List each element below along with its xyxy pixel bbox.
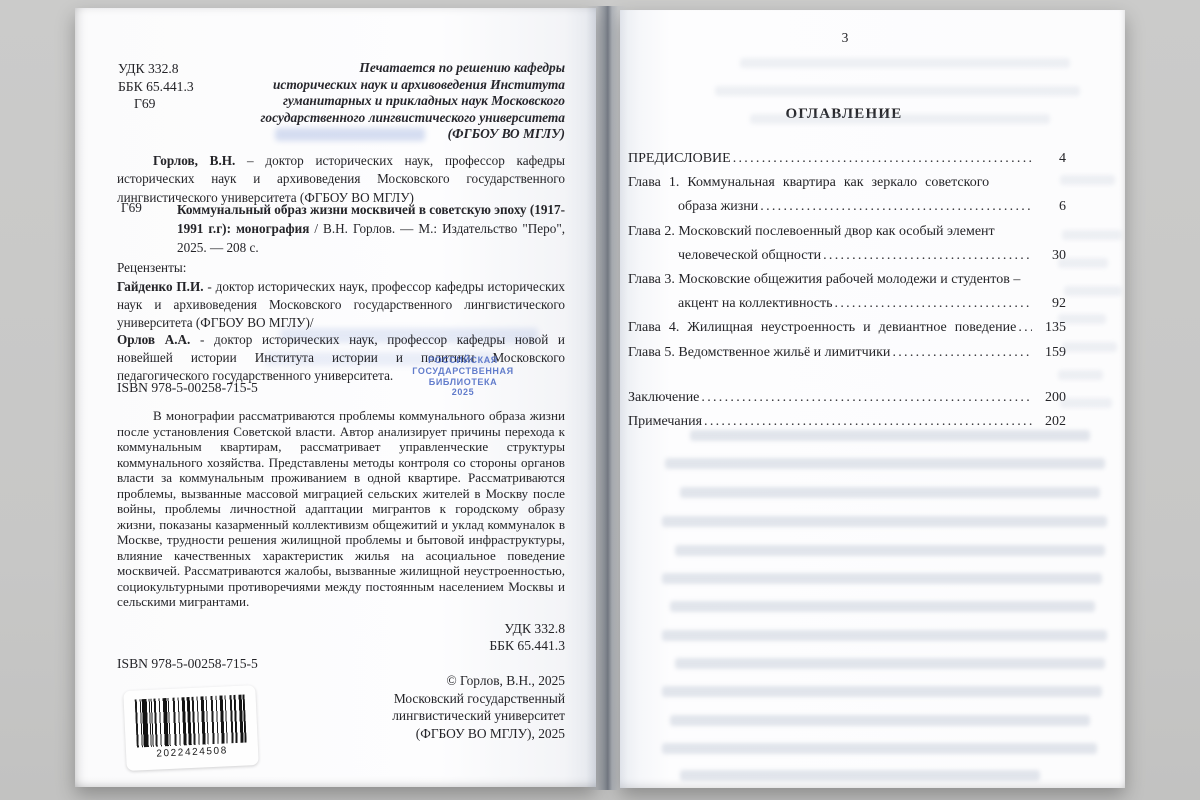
toc-page-number: 202 <box>1032 410 1066 434</box>
toc-entry-label: Глава 3. Московские общежития рабочей мо… <box>628 268 1020 292</box>
text-line: ББК 65.441.3 <box>489 638 565 653</box>
toc-page-number: 4 <box>1032 147 1066 171</box>
bleedthrough-ghost <box>1062 342 1117 352</box>
toc-dot-leader: ........................................… <box>731 147 1032 171</box>
toc-entry-label: акцент на коллективность <box>678 292 833 316</box>
bleedthrough-ghost <box>1060 398 1112 408</box>
text-line: (ФГБОУ ВО МГЛУ), 2025 <box>416 726 565 741</box>
toc-row: Примечания..............................… <box>628 410 1066 434</box>
library-barcode-sticker: 2022424508 <box>123 685 258 771</box>
text-line: УДК 332.8 <box>504 621 565 636</box>
toc-dot-leader: ........................................… <box>833 292 1032 316</box>
toc-entry-label: Примечания <box>628 410 702 434</box>
text-line: (ФГБОУ ВО МГЛУ) <box>448 126 565 141</box>
bleedthrough-ghost <box>662 743 1097 754</box>
book-scan: УДК 332.8ББК 65.441.3Г69 Печатается по р… <box>0 0 1200 800</box>
toc-entry-label: человеческой общности <box>678 244 821 268</box>
toc-row: Глава 1. Коммунальная квартира как зерка… <box>628 171 1066 195</box>
toc-page-number: 6 <box>1032 195 1066 219</box>
toc-page-number: 200 <box>1032 386 1066 410</box>
publication-resolution-note: Печатается по решению кафедрыисторически… <box>205 60 565 143</box>
bleedthrough-ghost <box>662 630 1107 641</box>
bib-classification-code: Г69 <box>121 200 142 216</box>
toc-dot-leader: ........................................… <box>758 195 1032 219</box>
toc-entry-label: Глава 5. Ведомственное жильё и лимитчики <box>628 341 890 365</box>
text-line: УДК 332.8 <box>118 61 179 76</box>
reviewer-1: Гайденко П.И. - доктор исторических наук… <box>117 278 565 333</box>
toc-dot-leader: ........................................… <box>702 410 1032 434</box>
toc-page-number: 135 <box>1032 316 1066 340</box>
bold-text: Орлов А.А. <box>117 332 190 347</box>
bleedthrough-ghost <box>670 715 1090 726</box>
bleedthrough-ghost <box>740 58 1070 68</box>
text-line: БИБЛИОТЕКА <box>429 377 497 387</box>
toc-dot-leader: ........................................… <box>890 341 1032 365</box>
isbn-bottom: ISBN 978-5-00258-715-5 <box>117 656 258 672</box>
text-line: ББК 65.441.3 <box>118 79 194 94</box>
toc-row: Глава 2. Московский послевоенный двор ка… <box>628 220 1066 244</box>
text-line: РОССИЙСКАЯ <box>428 355 498 365</box>
bleedthrough-ghost <box>1064 286 1122 296</box>
text-line: ГОСУДАРСТВЕННАЯ <box>412 366 513 376</box>
bleedthrough-ghost <box>675 545 1105 556</box>
text-line: 2025 <box>452 387 474 397</box>
toc-dot-leader: ........................................… <box>821 244 1032 268</box>
reviewers-label: Рецензенты: <box>117 260 186 276</box>
toc-heading: ОГЛАВЛЕНИЕ <box>628 106 1060 123</box>
bleedthrough-ghost <box>680 487 1100 498</box>
toc-row: Глава 3. Московские общежития рабочей мо… <box>628 268 1066 292</box>
imprint-page: УДК 332.8ББК 65.441.3Г69 Печатается по р… <box>75 8 596 787</box>
bleedthrough-ghost <box>665 458 1105 469</box>
bleedthrough-ghost <box>1060 175 1115 185</box>
toc-dot-leader: ........................................… <box>1016 316 1032 340</box>
text-line: Печатается по решению кафедры <box>359 60 565 75</box>
contents-page: 3 ОГЛАВЛЕНИЕ ПРЕДИСЛОВИЕ................… <box>620 10 1125 788</box>
bleedthrough-ghost <box>675 658 1105 669</box>
toc-row: акцент на коллективность................… <box>628 292 1066 316</box>
toc-page-number: 30 <box>1032 244 1066 268</box>
text-line: государственного лингвистического универ… <box>260 110 565 125</box>
bleedthrough-ghost <box>680 770 1040 781</box>
toc-entry-label: Глава 4. Жилищная неустроенность и девиа… <box>628 316 1016 340</box>
udk-bbk-bottom: УДК 332.8ББК 65.441.3 <box>489 620 565 654</box>
text-line: Московский государственный <box>394 691 565 706</box>
author-description: Горлов, В.Н. – доктор исторических наук,… <box>117 152 565 207</box>
book-spine-gutter <box>586 6 628 790</box>
table-of-contents: ПРЕДИСЛОВИЕ.............................… <box>628 147 1066 434</box>
bold-text: Гайденко П.И. <box>117 279 204 294</box>
toc-entry-label: образа жизни <box>678 195 758 219</box>
toc-entry-label: Заключение <box>628 386 699 410</box>
toc-row: Глава 5. Ведомственное жильё и лимитчики… <box>628 341 1066 365</box>
copyright-block: © Горлов, В.Н., 2025Московский государст… <box>392 672 565 742</box>
abstract-paragraph: В монографии рассматриваются проблемы ко… <box>117 408 565 610</box>
text-line: гуманитарных и прикладных наук Московско… <box>283 93 565 108</box>
bleedthrough-ghost <box>662 516 1107 527</box>
toc-entry-label: Глава 2. Московский послевоенный двор ка… <box>628 220 995 244</box>
toc-dot-leader: ........................................… <box>699 386 1032 410</box>
toc-entry-label: Глава 1. Коммунальная квартира как зерка… <box>628 171 989 195</box>
text-line: лингвистический университет <box>392 708 565 723</box>
bold-text: Горлов, В.Н. <box>153 153 235 168</box>
text-line: © Горлов, В.Н., 2025 <box>447 673 565 688</box>
toc-page-number: 92 <box>1032 292 1066 316</box>
bleedthrough-ghost <box>662 686 1102 697</box>
toc-page-number: 159 <box>1032 341 1066 365</box>
toc-row: человеческой общности...................… <box>628 244 1066 268</box>
bleedthrough-ghost <box>715 86 1080 96</box>
bleedthrough-ghost <box>1062 230 1122 240</box>
bleedthrough-ghost <box>670 601 1095 612</box>
library-stamp: РОССИЙСКАЯГОСУДАРСТВЕННАЯБИБЛИОТЕКА2025 <box>397 355 529 398</box>
toc-row: Заключение..............................… <box>628 386 1066 410</box>
isbn-top: ISBN 978-5-00258-715-5 <box>117 380 258 396</box>
page-number: 3 <box>825 30 865 46</box>
bleedthrough-ghost <box>662 573 1102 584</box>
text-line: Г69 <box>118 96 155 111</box>
toc-row: ПРЕДИСЛОВИЕ.............................… <box>628 147 1066 171</box>
udk-bbk-block: УДК 332.8ББК 65.441.3Г69 <box>118 60 194 113</box>
toc-entry-label: ПРЕДИСЛОВИЕ <box>628 147 731 171</box>
toc-row: Глава 4. Жилищная неустроенность и девиа… <box>628 316 1066 340</box>
barcode-icon <box>135 695 247 748</box>
toc-row: образа жизни............................… <box>628 195 1066 219</box>
text-line: исторических наук и архивоведения Инстит… <box>273 77 565 92</box>
bibliographic-entry: Коммунальный образ жизни москвичей в сов… <box>177 200 565 258</box>
